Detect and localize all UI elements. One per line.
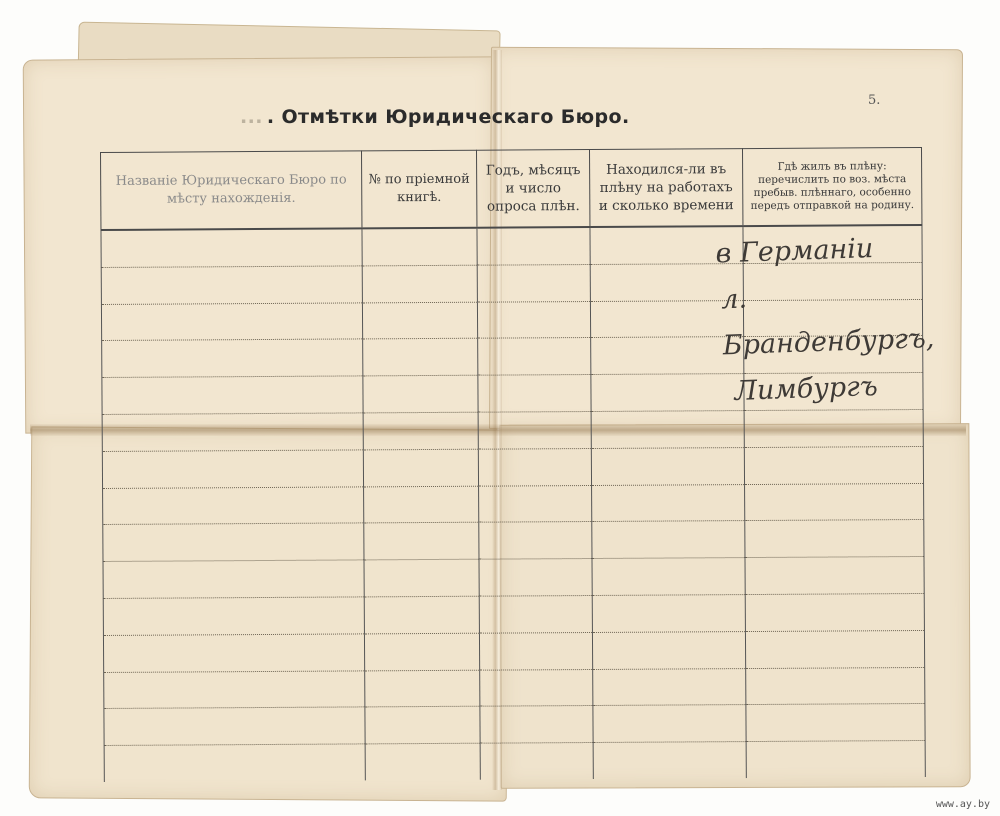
table-cell (479, 485, 592, 522)
table-cell (746, 667, 925, 705)
table-cell (593, 742, 746, 779)
table-cell (363, 412, 478, 449)
table-cell (101, 266, 362, 304)
table-cell (745, 593, 924, 631)
page-number: 5. (868, 93, 880, 108)
table-cell (363, 339, 478, 376)
column-header-places-of-captivity: Гдѣ жилъ въ плѣну: перечислить по воз. м… (742, 147, 921, 226)
table-cell (103, 634, 364, 672)
handwritten-line: л. Бранденбургъ, (720, 271, 919, 370)
table-cell (480, 706, 593, 743)
handwritten-entry: в Германіи л. Бранденбургъ, Лимбургъ (715, 225, 921, 416)
table-cell (479, 595, 592, 632)
table-cell (362, 265, 477, 302)
table-cell (478, 375, 591, 412)
table-row (103, 593, 924, 635)
table-cell (591, 411, 744, 449)
table-cell (479, 522, 592, 559)
table-cell (745, 483, 924, 521)
title-text: . Отмѣтки Юридическаго Бюро. (267, 106, 630, 128)
table-cell (478, 448, 591, 485)
table-cell (102, 339, 363, 377)
table-cell (480, 669, 593, 706)
table-row (102, 446, 923, 488)
table-cell (364, 486, 479, 523)
table-cell (592, 484, 745, 522)
table-cell (477, 227, 590, 265)
table-row (103, 483, 924, 525)
table-row (103, 557, 924, 599)
table-cell (593, 705, 746, 743)
table-row (104, 741, 925, 782)
table-cell (744, 446, 923, 484)
table-cell (479, 632, 592, 669)
table-cell (477, 264, 590, 301)
table-cell (363, 449, 478, 486)
table-cell (102, 376, 363, 414)
table-row (104, 667, 925, 709)
table-cell (364, 633, 479, 670)
table-cell (479, 559, 592, 596)
table-cell (102, 413, 363, 451)
watermark: www.ay.by (936, 799, 990, 810)
handwritten-line: Лимбургъ (734, 362, 921, 414)
table-cell (103, 560, 364, 598)
table-cell (592, 631, 745, 669)
table-row (104, 704, 925, 746)
column-header-interview-date: Годъ, мѣсяцъ и число опроса плѣн. (476, 150, 589, 228)
table-cell (365, 670, 480, 707)
page-title: .... Отмѣтки Юридическаго Бюро. (240, 106, 630, 128)
table-cell (746, 704, 925, 742)
column-header-bureau-name: Названіе Юридическаго Бюро по мѣсту нахо… (101, 151, 362, 230)
table-cell (592, 595, 745, 633)
table-cell (480, 743, 593, 780)
table-cell (101, 302, 362, 340)
table-header-row: Названіе Юридическаго Бюро по мѣсту нахо… (101, 147, 922, 230)
table-row (102, 409, 923, 451)
table-cell (364, 596, 479, 633)
table-cell (745, 630, 924, 668)
table-cell (365, 743, 480, 780)
table-cell (102, 450, 363, 488)
table-row (103, 630, 924, 672)
column-header-register-number: № по пріемной книгѣ. (361, 150, 476, 228)
table-cell (103, 523, 364, 561)
table-cell (364, 559, 479, 596)
table-cell (104, 707, 365, 745)
table-cell (103, 597, 364, 635)
table-cell (363, 375, 478, 412)
table-cell (365, 707, 480, 744)
table-cell (593, 668, 746, 706)
table-cell (478, 338, 591, 375)
table-cell (477, 301, 590, 338)
table-cell (362, 228, 477, 266)
table-cell (745, 557, 924, 595)
table-cell (478, 411, 591, 448)
table-cell (592, 558, 745, 596)
column-header-work-duration: Находился-ли въ плѣну на работахъ и скол… (589, 149, 742, 227)
table-cell (104, 670, 365, 708)
table-cell (364, 523, 479, 560)
table-cell (103, 486, 364, 524)
table-cell (744, 409, 923, 447)
table-row (103, 520, 924, 562)
table-cell (746, 741, 925, 778)
table-cell (101, 228, 362, 267)
table-cell (104, 744, 365, 782)
table-cell (745, 520, 924, 558)
table-cell (592, 521, 745, 559)
table-cell (591, 447, 744, 485)
table-cell (362, 302, 477, 339)
title-prefix: ... (240, 106, 263, 128)
handwritten-line: в Германіи (715, 225, 916, 278)
